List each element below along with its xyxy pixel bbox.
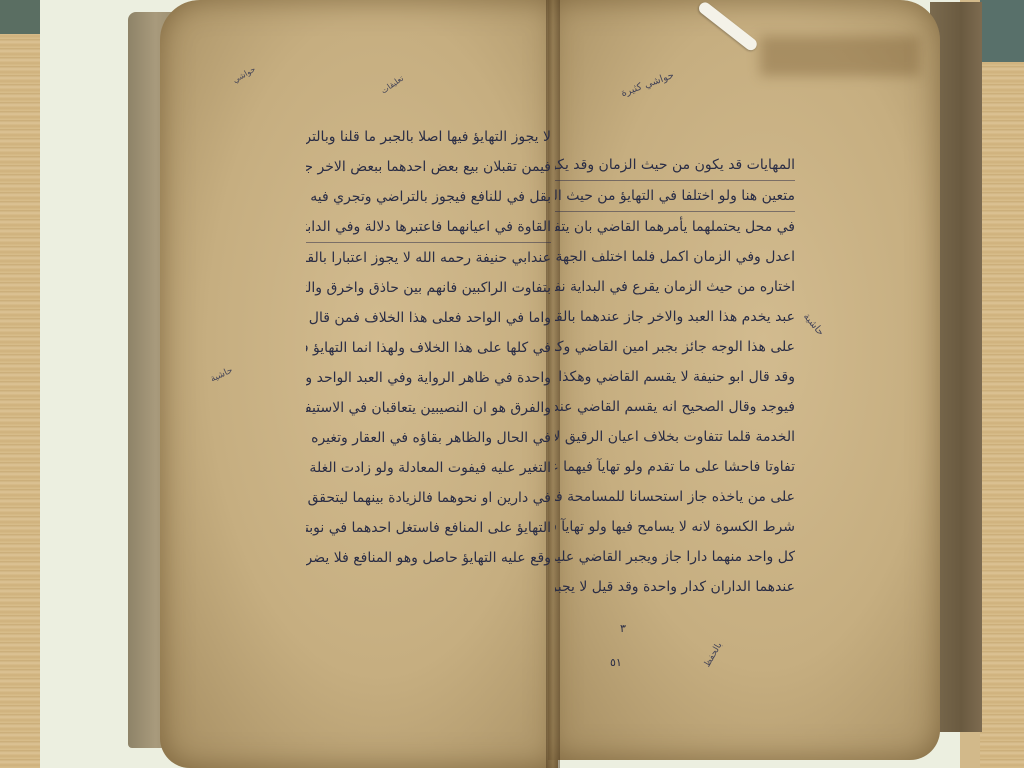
right-page-text: المهايات قد يكون من حيث الزمان وقد يكون … — [555, 150, 795, 602]
text-line: في دارين او نحوهما فالزيادة بينهما ليتحق… — [306, 483, 551, 513]
text-line: اعدل وفي الزمان اكمل فلما اختلف الجهة لا… — [555, 242, 795, 272]
text-line: شرط الكسوة لانه لا يسامح فيها ولو تهايآ … — [555, 512, 795, 542]
text-line: بقل في للنافع فيجوز بالتراضي وتجري فيه ج… — [306, 182, 551, 212]
text-line: كل واحد منهما دارا جاز ويجبر القاضي عليه… — [555, 542, 795, 572]
text-line: بتفاوت الراكبين فانهم بين حاذق واخرق وال… — [306, 273, 551, 303]
text-line: لا يجوز التهايؤ فيها اصلا بالجبر ما قلنا… — [306, 122, 551, 152]
text-line: فيمن تقبلان بيع بعض احدهما ببعض الاخر جا… — [306, 152, 551, 182]
water-stain — [760, 36, 920, 76]
folio-number: ٥١ — [610, 656, 622, 669]
text-line: وقع عليه التهايؤ حاصل وهو المنافع فلا يض… — [306, 543, 551, 573]
wooden-table-right — [980, 62, 1024, 768]
text-line: عندهما الداران كدار واحدة وقد قيل لا يجب… — [555, 572, 795, 602]
text-line: في الحال والظاهر بقاؤه في العقار وتغيره … — [306, 423, 551, 453]
wooden-table-left — [0, 34, 40, 768]
text-line: والفرق هو ان النصيبين يتعاقبان في الاستي… — [306, 393, 551, 423]
text-line: على هذا الوجه جائز بجبر امين القاضي وكذا… — [555, 332, 795, 362]
left-page-text: لا يجوز التهايؤ فيها اصلا بالجبر ما قلنا… — [306, 122, 551, 573]
text-line: عندابي حنيفة رحمه الله لا يجوز اعتبارا ب… — [306, 243, 551, 273]
text-line: وقد قال ابو حنيفة لا يقسم القاضي وهكذا ر… — [555, 362, 795, 392]
text-line: التهايؤ على المنافع فاستغل احدهما في نوب… — [306, 513, 551, 543]
folio-mark: ٣ — [620, 622, 626, 635]
text-line: المهايات قد يكون من حيث الزمان وقد يكون … — [555, 150, 795, 181]
text-line: القاوة في اعيانهما فاعتبرها دلالة وفي ال… — [306, 212, 551, 243]
text-line: تفاوتا فاحشا على ما تقدم ولو تهايآ فيهما… — [555, 452, 795, 482]
background-top-right — [980, 0, 1024, 62]
text-line: في محل يحتملهما يأمرهما القاضي بان يتفقا… — [555, 212, 795, 242]
background-top-left — [0, 0, 40, 34]
text-line: واما في الواحد فعلى هذا الخلاف فمن قال ب… — [306, 303, 551, 333]
text-line: على من ياخذه جاز استحسانا للمسامحة في اط… — [555, 482, 795, 512]
text-line: اختاره من حيث الزمان يقرع في البداية نفي… — [555, 272, 795, 302]
text-line: واحدة في ظاهر الرواية وفي العبد الواحد و… — [306, 363, 551, 393]
text-line: في كلها على هذا الخلاف ولهذا انما التهاي… — [306, 333, 551, 363]
text-line: الخدمة قلما تتفاوت بخلاف اعيان الرقيق لا… — [555, 422, 795, 452]
text-line: فيوجد وقال الصحيح انه يقسم القاضي عنده ا… — [555, 392, 795, 422]
text-line: عبد يخدم هذا العبد والاخر جاز عندهما بال… — [555, 302, 795, 332]
text-line: متعين هنا ولو اختلفا في التهايؤ من حيث ا… — [555, 181, 795, 212]
text-line: التغير عليه فيفوت المعادلة ولو زادت الغل… — [306, 453, 551, 483]
